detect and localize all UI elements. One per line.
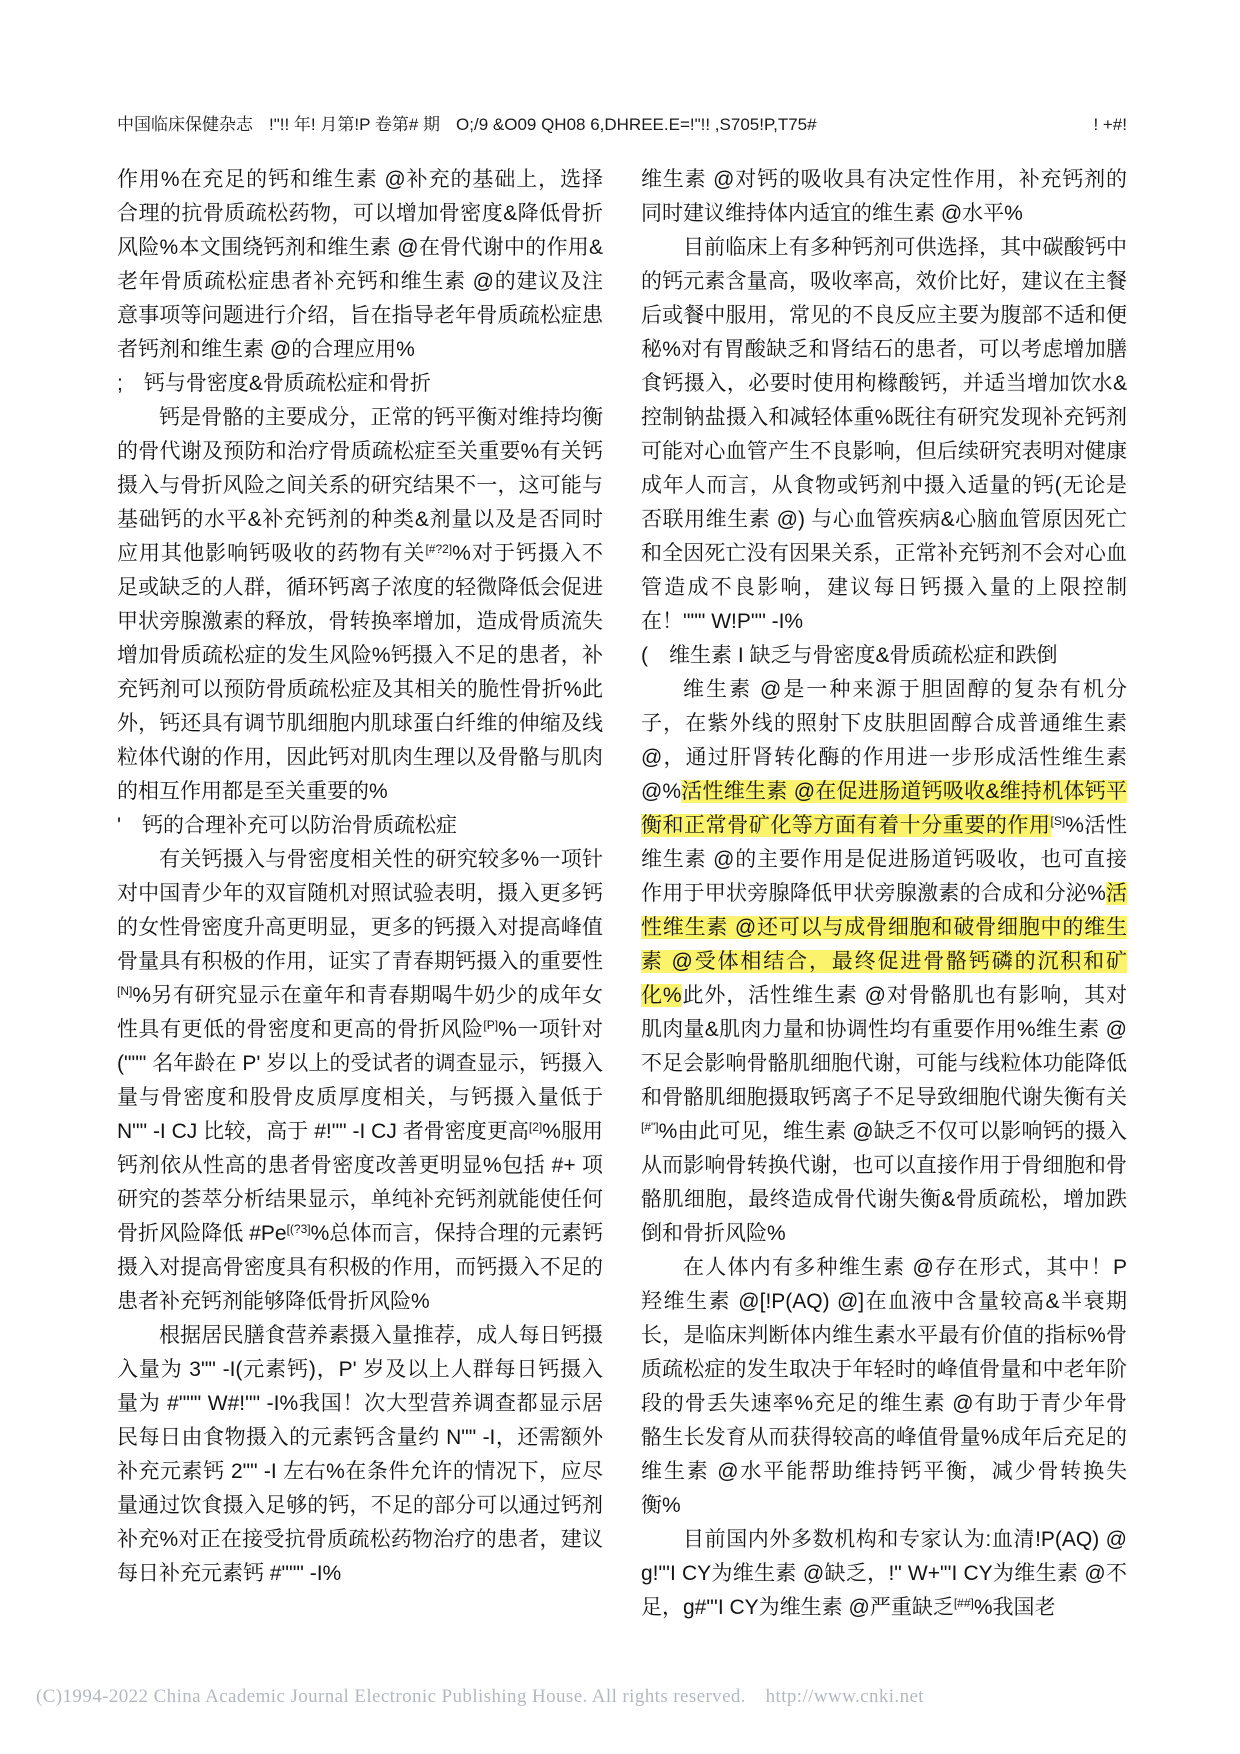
- section-heading: ' 钙的合理补充可以防治骨质疏松症: [117, 809, 603, 843]
- citation-superscript: [(?3]: [287, 1222, 311, 1236]
- text-segment: 有关钙摄入与骨密度相关性的研究较多%一项针对中国青少年的双盲随机对照试验表明，摄…: [117, 848, 603, 973]
- text-segment: ( 维生素 I 缺乏与骨密度&骨质疏松症和跌倒: [641, 644, 1058, 667]
- journal-info: 中国临床保健杂志!"!! 年! 月第!P 卷第# 期O;/9 &O09 QH08…: [117, 110, 833, 135]
- journal-page: 中国临床保健杂志!"!! 年! 月第!P 卷第# 期O;/9 &O09 QH08…: [0, 0, 1240, 1754]
- page-header: 中国临床保健杂志!"!! 年! 月第!P 卷第# 期O;/9 &O09 QH08…: [117, 110, 1127, 135]
- paragraph: 作用%在充足的钙和维生素 @补充的基础上，选择合理的抗骨质疏松药物，可以增加骨密…: [117, 163, 603, 367]
- paragraph: 有关钙摄入与骨密度相关性的研究较多%一项针对中国青少年的双盲随机对照试验表明，摄…: [117, 843, 603, 1319]
- text-segment: 根据居民膳食营养素摄入量推荐，成人每日钙摄入量为 3"" -I(元素钙)，P' …: [117, 1324, 603, 1585]
- text-segment: 维生素 @对钙的吸收具有决定性作用，补充钙剂的同时建议维持体内适宜的维生素 @水…: [641, 168, 1127, 225]
- paragraph: 在人体内有多种维生素 @存在形式，其中！P 羟维生素 @[!P(AQ) @]在血…: [641, 1251, 1127, 1523]
- paragraph: 钙是骨骼的主要成分，正常的钙平衡对维持均衡的骨代谢及预防和治疗骨质疏松症至关重要…: [117, 401, 603, 809]
- copyright-text: (C)1994-2022 China Academic Journal Elec…: [36, 1686, 746, 1708]
- right-column: 维生素 @对钙的吸收具有决定性作用，补充钙剂的同时建议维持体内适宜的维生素 @水…: [641, 163, 1127, 1625]
- left-column: 作用%在充足的钙和维生素 @补充的基础上，选择合理的抗骨质疏松药物，可以增加骨密…: [117, 163, 603, 1591]
- text-segment: 目前临床上有多种钙剂可供选择，其中碳酸钙中的钙元素含量高，吸收率高，效价比好，建…: [641, 236, 1127, 633]
- paragraph: 维生素 @是一种来源于胆固醇的复杂有机分子，在紫外线的照射下皮肤胆固醇合成普通维…: [641, 673, 1127, 1251]
- paragraph: 根据居民膳食营养素摄入量推荐，成人每日钙摄入量为 3"" -I(元素钙)，P' …: [117, 1319, 603, 1591]
- text-segment: %我国老: [974, 1596, 1056, 1619]
- section-heading: ; 钙与骨密度&骨质疏松症和骨折: [117, 367, 603, 401]
- page-number: ! +#!: [1093, 115, 1127, 135]
- text-segment: 在人体内有多种维生素 @存在形式，其中！P 羟维生素 @[!P(AQ) @]在血…: [641, 1256, 1127, 1517]
- citation-superscript: [S]: [1051, 814, 1066, 828]
- highlighted-text: 活性维生素 @在促进肠道钙吸收&维持机体钙平衡和正常骨矿化等方面有着十分重要的作…: [641, 780, 1127, 837]
- citation-superscript: [N]: [117, 984, 132, 998]
- citation-superscript: [2]: [529, 1120, 542, 1134]
- cnki-url: http://www.cnki.net: [766, 1686, 924, 1708]
- paragraph: 目前临床上有多种钙剂可供选择，其中碳酸钙中的钙元素含量高，吸收率高，效价比好，建…: [641, 231, 1127, 639]
- citation-superscript: [##]: [954, 1596, 974, 1610]
- paragraph: 维生素 @对钙的吸收具有决定性作用，补充钙剂的同时建议维持体内适宜的维生素 @水…: [641, 163, 1127, 231]
- issue-info: !"!! 年! 月第!P 卷第# 期: [269, 115, 440, 134]
- page-footer: (C)1994-2022 China Academic Journal Elec…: [36, 1686, 924, 1708]
- citation-superscript: [P]: [483, 1018, 498, 1032]
- text-segment: %对于钙摄入不足或缺乏的人群，循环钙离子浓度的轻微降低会促进甲状旁腺激素的释放，…: [117, 542, 603, 803]
- english-citation: O;/9 &O09 QH08 6,DHREE.E=!"!! ,S705!P,T7…: [456, 115, 817, 134]
- paragraph: 目前国内外多数机构和专家认为:血清!P(AQ) @g!"'I CY为维生素 @缺…: [641, 1523, 1127, 1625]
- text-segment: ' 钙的合理补充可以防治骨质疏松症: [117, 814, 457, 837]
- citation-superscript: [#"]: [641, 1120, 659, 1134]
- text-segment: 此外，活性维生素 @对骨骼肌也有影响，其对肌肉量&肌肉力量和协调性均有重要作用%…: [641, 984, 1127, 1109]
- section-heading: ( 维生素 I 缺乏与骨密度&骨质疏松症和跌倒: [641, 639, 1127, 673]
- citation-superscript: [#?2]: [425, 542, 452, 556]
- text-segment: %由此可见，维生素 @缺乏不仅可以影响钙的摄入从而影响骨转换代谢，也可以直接作用…: [641, 1120, 1127, 1245]
- text-segment: 作用%在充足的钙和维生素 @补充的基础上，选择合理的抗骨质疏松药物，可以增加骨密…: [117, 168, 603, 361]
- text-segment: ; 钙与骨密度&骨质疏松症和骨折: [117, 372, 431, 395]
- journal-title: 中国临床保健杂志: [117, 115, 253, 134]
